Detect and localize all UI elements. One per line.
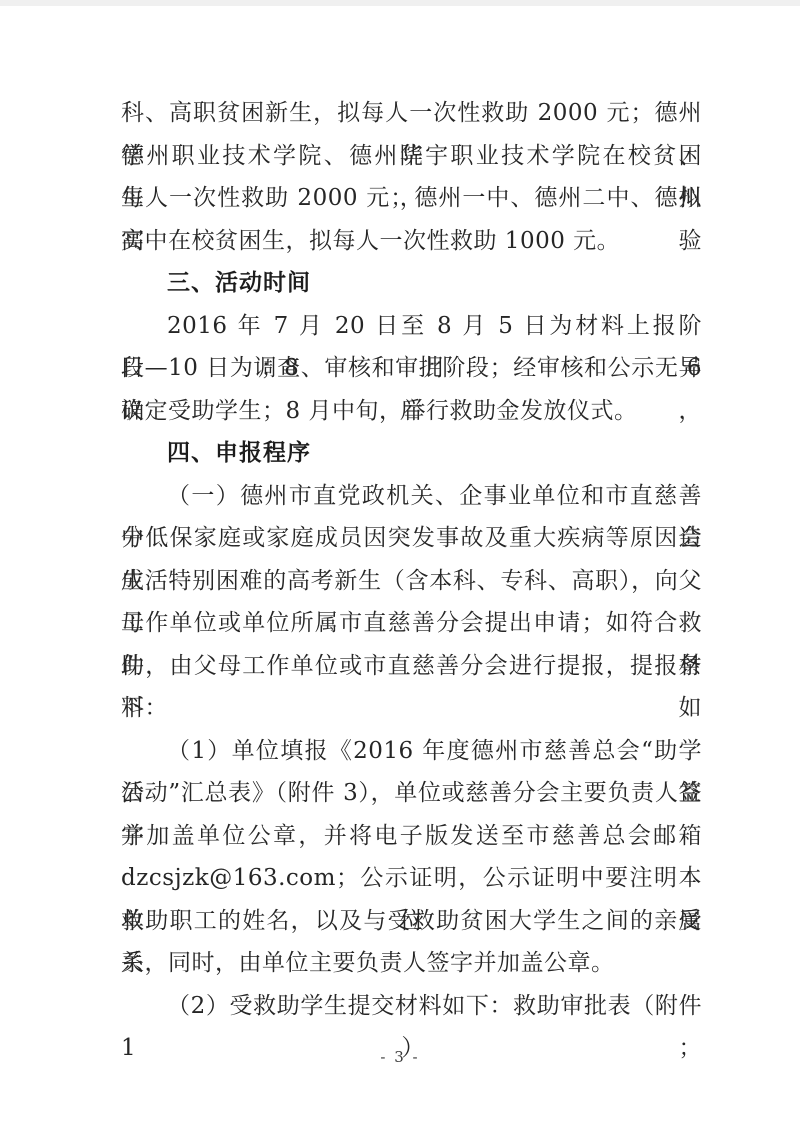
text-line: 每人一次性救助 2000 元；德州一中、德州二中、德州实验 [121,177,702,220]
text-line: 中低保家庭或家庭成员因突发事故及重大疾病等原因造成 [121,517,702,560]
text-line: 并加盖单位公章，并将电子版发送至市慈善总会邮箱 [121,815,702,858]
text-line: 德州职业技术学院、德州华宇职业技术学院在校贫困生，拟 [121,135,702,178]
document-page: 科、高职贫困新生，拟每人一次性救助 2000 元；德州学院、德州职业技术学院、德… [0,0,800,1132]
text-line: 救助职工的姓名，以及与受救助贫困大学生之间的亲属关 [121,900,702,943]
page-number: - 3 - [0,1048,800,1066]
text-line: 活动”汇总表》（附件 3），单位或慈善分会主要负责人签字 [121,772,702,815]
section-heading: 三、活动时间 [121,262,702,305]
text-line: （一）德州市直党政机关、企事业单位和市直慈善分会 [121,475,702,518]
text-line: 科、高职贫困新生，拟每人一次性救助 2000 元；德州学院、 [121,92,702,135]
text-line: 确定受助学生；8 月中旬，举行救助金发放仪式。 [121,390,702,433]
text-line: 2016 年 7 月 20 日至 8 月 5 日为材料上报阶段；8 月 6 [121,305,702,348]
text-line: 件，由父母工作单位或市直慈善分会进行提报，提报材料如 [121,645,702,688]
section-heading: 四、申报程序 [121,432,702,475]
document-body: 科、高职贫困新生，拟每人一次性救助 2000 元；德州学院、德州职业技术学院、德… [121,92,702,1027]
text-line: 工作单位或单位所属市直慈善分会提出申请；如符合救助条 [121,602,702,645]
text-line: 高中在校贫困生，拟每人一次性救助 1000 元。 [121,220,702,263]
text-line: 系，同时，由单位主要负责人签字并加盖公章。 [121,942,702,985]
text-line: 生活特别困难的高考新生（含本科、专科、高职），向父母 [121,560,702,603]
text-line: 日—10 日为调查、审核和审批阶段；经审核和公示无异议后， [121,347,702,390]
text-line: （2）受救助学生提交材料如下：救助审批表（附件 1）； [121,985,702,1028]
scan-edge [0,0,800,6]
text-line: dzcsjzk@163.com；公示证明，公示证明中要注明本单位受 [121,857,702,900]
text-line: （1）单位填报《2016 年度德州市慈善总会“助学公益 [121,730,702,773]
